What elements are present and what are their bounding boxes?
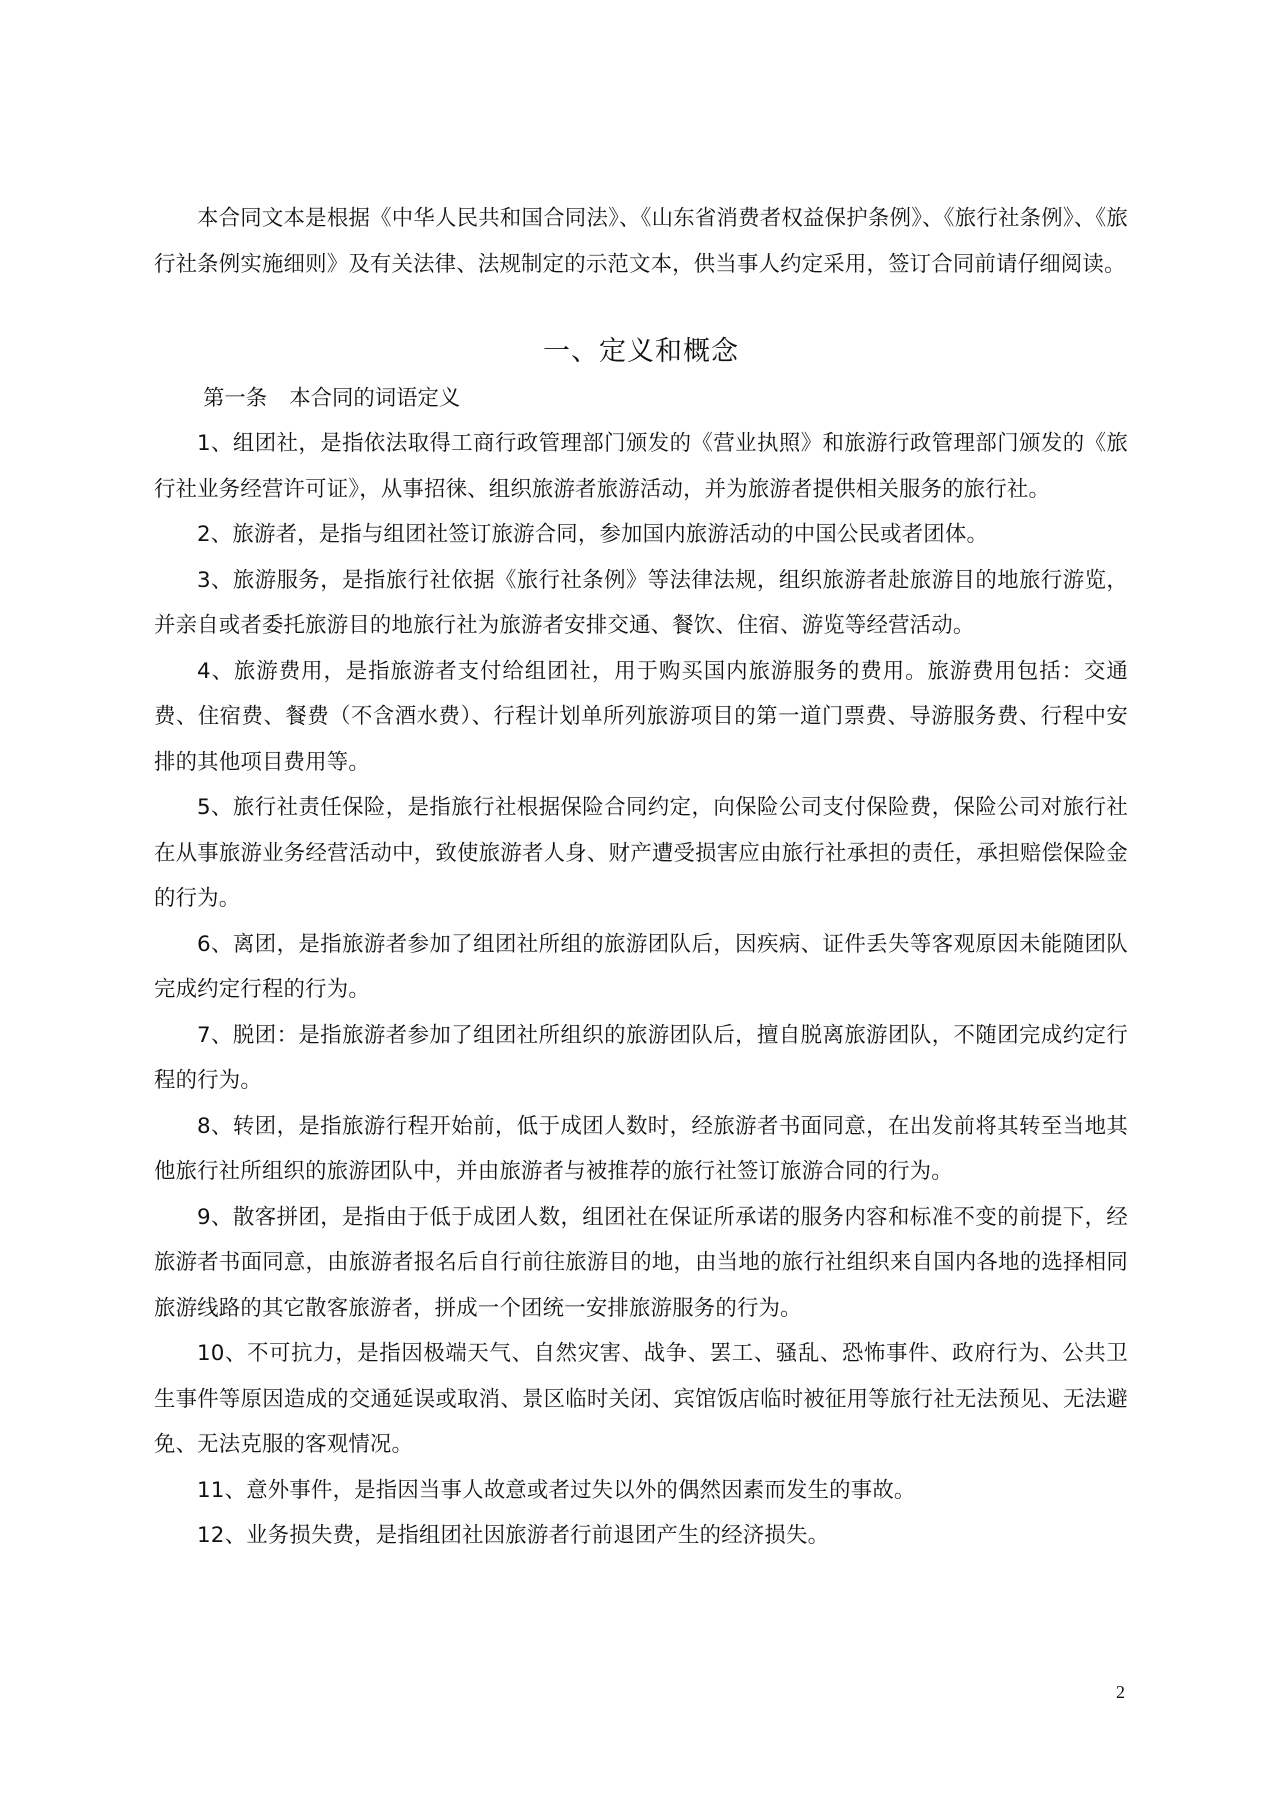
article-heading: 第一条本合同的词语定义 — [154, 376, 1128, 421]
article-number: 第一条 — [203, 386, 267, 411]
definition-item-6: 6、离团，是指旅游者参加了组团社所组的旅游团队后，因疾病、证件丢失等客观原因未能… — [154, 922, 1128, 1013]
definition-item-8: 8、转团，是指旅游行程开始前，低于成团人数时，经旅游者书面同意，在出发前将其转至… — [154, 1104, 1128, 1195]
definition-item-4: 4、旅游费用，是指旅游者支付给组团社，用于购买国内旅游服务的费用。旅游费用包括：… — [154, 649, 1128, 786]
document-page: 本合同文本是根据《中华人民共和国合同法》、《山东省消费者权益保护条例》、《旅行社… — [0, 0, 1280, 1810]
intro-paragraph: 本合同文本是根据《中华人民共和国合同法》、《山东省消费者权益保护条例》、《旅行社… — [154, 196, 1128, 287]
definition-item-9: 9、散客拼团，是指由于低于成团人数，组团社在保证所承诺的服务内容和标准不变的前提… — [154, 1195, 1128, 1332]
definition-item-7: 7、脱团：是指旅游者参加了组团社所组织的旅游团队后，擅自脱离旅游团队，不随团完成… — [154, 1013, 1128, 1104]
definition-item-12: 12、业务损失费，是指组团社因旅游者行前退团产生的经济损失。 — [154, 1513, 1128, 1559]
definition-item-3: 3、旅游服务，是指旅行社依据《旅行社条例》等法律法规，组织旅游者赴旅游目的地旅行… — [154, 558, 1128, 649]
page-content: 本合同文本是根据《中华人民共和国合同法》、《山东省消费者权益保护条例》、《旅行社… — [154, 196, 1128, 1559]
article-title: 本合同的词语定义 — [289, 386, 460, 411]
page-number: 2 — [1116, 1680, 1125, 1704]
definition-item-1: 1、组团社，是指依法取得工商行政管理部门颁发的《营业执照》和旅游行政管理部门颁发… — [154, 421, 1128, 512]
definition-item-2: 2、旅游者，是指与组团社签订旅游合同，参加国内旅游活动的中国公民或者团体。 — [154, 512, 1128, 558]
definition-item-10: 10、不可抗力，是指因极端天气、自然灾害、战争、罢工、骚乱、恐怖事件、政府行为、… — [154, 1331, 1128, 1468]
definition-item-11: 11、意外事件，是指因当事人故意或者过失以外的偶然因素而发生的事故。 — [154, 1468, 1128, 1514]
definition-item-5: 5、旅行社责任保险，是指旅行社根据保险合同约定，向保险公司支付保险费，保险公司对… — [154, 785, 1128, 922]
section-title: 一、定义和概念 — [154, 330, 1128, 374]
